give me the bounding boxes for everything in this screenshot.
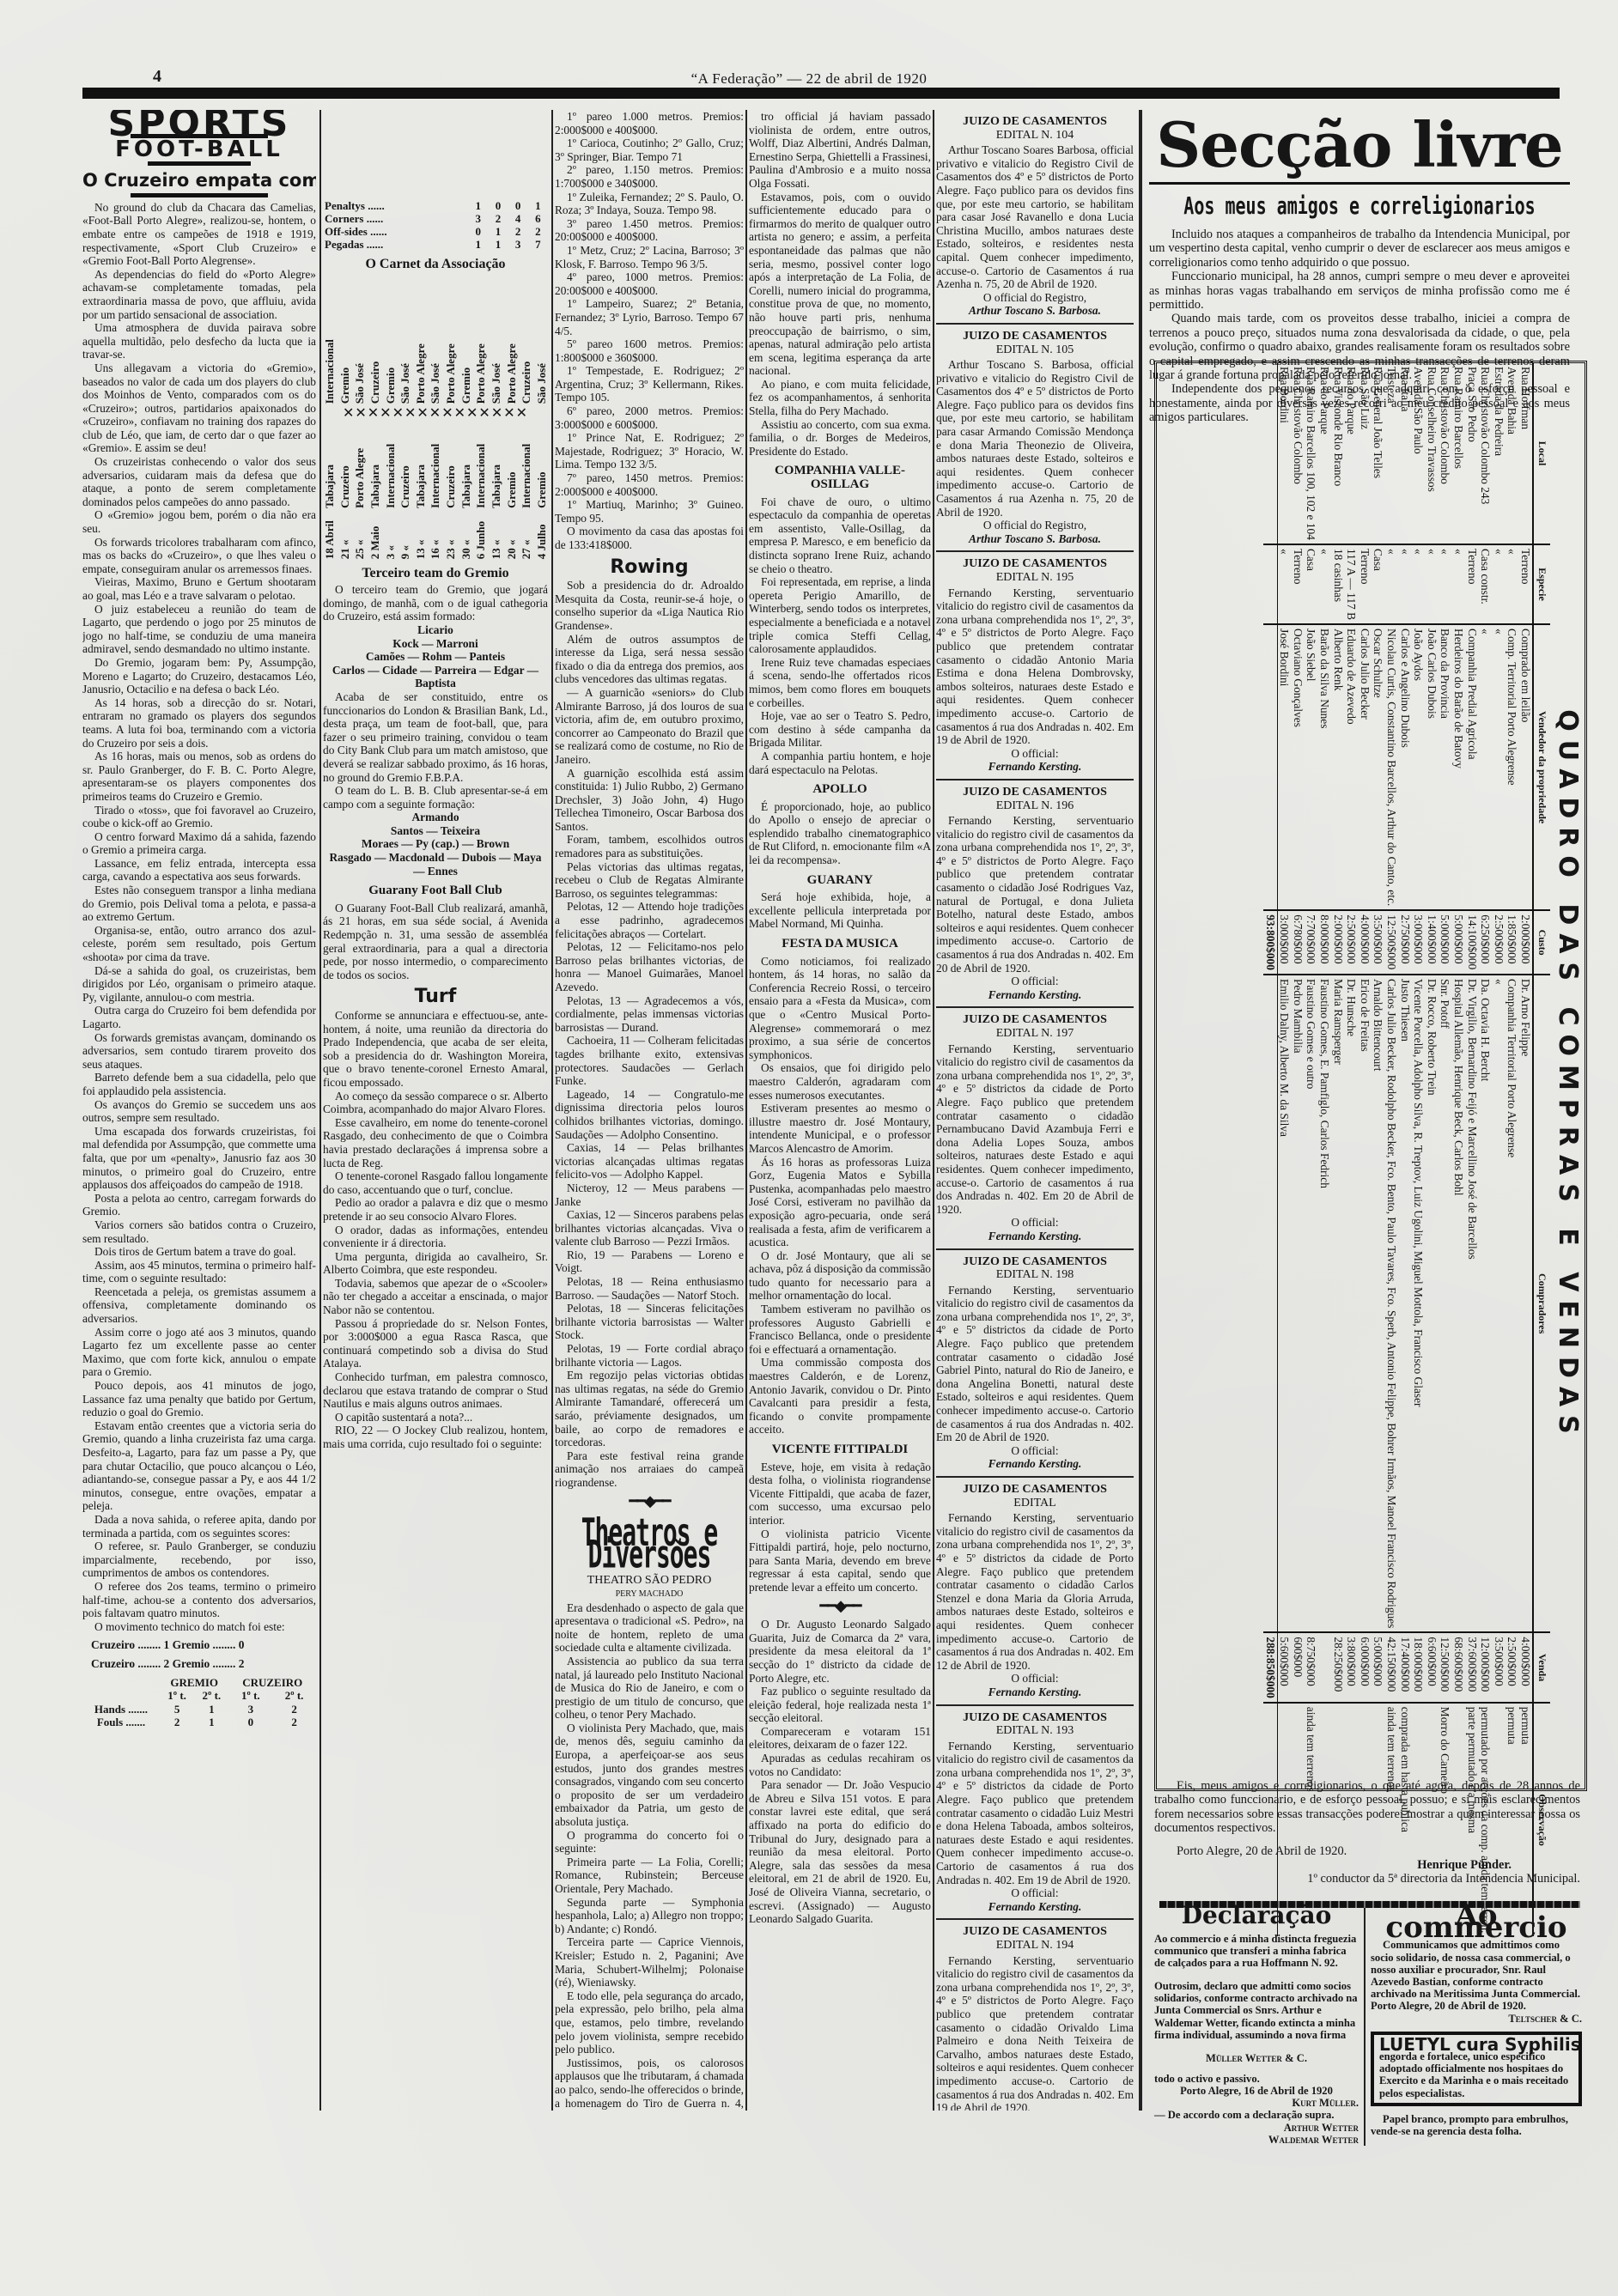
quadro-title: QUADRO DAS COMPRAS E VENDAS — [1550, 363, 1585, 1789]
guarany-title: Guarany Foot Ball Club — [323, 884, 548, 898]
paragraph: O violinista Pery Machado, que, mais de,… — [555, 1722, 744, 1829]
total-cell: 93:800$000 — [1263, 910, 1277, 975]
quadro-cell: 2:500$000 — [1492, 910, 1505, 975]
paragraph: Assim corre o jogo até aos 3 minutos, qu… — [82, 1326, 316, 1379]
notice-signature: Fernando Kersting. — [936, 988, 1134, 1002]
period-label: 1º t. — [160, 1689, 194, 1703]
quadro-cell: 37:600$000 — [1465, 1632, 1479, 1702]
paragraph: Para este festival reina grande animação… — [555, 1449, 744, 1490]
quadro-cell: 3:500$000 — [1492, 1632, 1505, 1702]
quadro-cell: 3:800$000 — [1345, 1632, 1359, 1702]
edital-number: EDITAL N. 194 — [936, 1939, 1134, 1953]
match-report: No ground do club da Chacara das Camelia… — [82, 201, 316, 603]
quadro-cell: Da. Octavia H. Bercht — [1479, 975, 1493, 1632]
paragraph: O tenente-coronel Rasgado fallou longame… — [323, 1169, 548, 1196]
paragraph: Foi chave de ouro, o ultimo espectaculo … — [749, 495, 931, 576]
carnet-fixtures: InternacionalGremioSão JoséCruzeiroGremi… — [323, 276, 548, 560]
quadro-cell: « — [1492, 975, 1505, 1632]
quadro-cell: « — [1318, 544, 1332, 624]
paragraph: O violinista patricio Vicente Fittipaldi… — [749, 1528, 931, 1594]
quadro-total-row: 93:800$000288:850$000 — [1263, 363, 1277, 1936]
total-cell: 288:850$000 — [1263, 1632, 1277, 1702]
paragraph: Estiveram presentes ao mesmo o illustre … — [749, 1102, 931, 1155]
paragraph: Lassance, em feliz entrada, intercepta e… — [82, 857, 316, 884]
apollo-text: É proporcionado, hoje, ao publico do Apo… — [749, 800, 931, 867]
paragraph: Ao piano, e com muita felicidade, fez os… — [749, 378, 931, 418]
paragraph: As dependencias do field do «Porto Alegr… — [82, 268, 316, 321]
technical-row: Fouls .......2102 — [82, 1716, 316, 1729]
ornament: ━━◆━━ — [555, 1495, 744, 1509]
festa-title: FESTA DA MUSICA — [749, 938, 931, 951]
marriage-notice: JUIZO DE CASAMENTOSEDITAL N. 194Fernando… — [936, 1925, 1134, 2111]
quadro-cell: Octaviano Gonçalves — [1291, 624, 1305, 910]
paragraph: Uns allegavam a victoria do «Gremio», ba… — [82, 361, 316, 455]
divider — [936, 323, 1134, 325]
paragraph: Todavia, sabemos que apezar de o «Scoole… — [323, 1277, 548, 1317]
stats-row: Off-sides ......0122 — [323, 225, 548, 238]
quadro-cell: Alberto Renk — [1331, 624, 1345, 910]
quadro-cell: Terreno — [1291, 544, 1305, 624]
valle-title: COMPANHIA VALLE-OSILLAG — [749, 465, 931, 491]
quadro-cell: Nicolau Curtis, Constantino Barcellos, A… — [1384, 624, 1398, 910]
quadro-row: Rua Ramiro Barcellos 100, 102 e 104CasaJ… — [1305, 363, 1318, 1936]
paragraph: O movimento technico do match foi este: — [82, 1620, 316, 1634]
ao-commercio-text: Communicamos que admittimos como socio s… — [1371, 1939, 1582, 2000]
period-label: 2º t. — [194, 1689, 228, 1703]
quadro-row: Rua Conselheiro Travassos«João Carlos Du… — [1425, 363, 1439, 1936]
paragraph: Varios corners são batidos contra o Cruz… — [82, 1218, 316, 1245]
quadro-cell: Rua Christovão Colombo — [1439, 363, 1452, 544]
notice-title: JUIZO DE CASAMENTOS — [936, 557, 1134, 571]
column-header: Custo — [1533, 910, 1550, 975]
quadro-cell: Rua Conselheiro Travassos — [1425, 363, 1439, 544]
marriage-notice: JUIZO DE CASAMENTOSEDITAL N. 195Fernando… — [936, 557, 1134, 781]
apollo-title: APOLLO — [749, 783, 931, 797]
quadro-cell: « — [1439, 544, 1452, 624]
terceiro-team-title: Terceiro team do Gremio — [323, 567, 548, 580]
quadro-cell: 18 casinhas — [1331, 544, 1345, 624]
quadro-cell: Avenida São Paulo — [1412, 363, 1426, 544]
notice-signature: Fernando Kersting. — [936, 1230, 1134, 1243]
signer-arthur: Arthur Wetter — [1154, 2122, 1359, 2134]
notice-text: Fernando Kersting, serventuario vitalici… — [936, 586, 1134, 747]
quadro-cell: « — [1479, 624, 1493, 910]
paragraph: Posta a pelota ao centro, carregam forwa… — [82, 1192, 316, 1218]
bank-team-text: Acaba de ser constituido, entre os funcc… — [323, 690, 548, 811]
guarany-text: O Guarany Foot-Ball Club realizará, aman… — [323, 902, 548, 982]
quadro-cell: 5:000$000 — [1451, 910, 1465, 975]
paragraph: O Dr. Augusto Leonardo Salgado Guarita, … — [749, 1618, 931, 1685]
race-entry: O movimento da casa das apostas foi de 1… — [555, 525, 744, 551]
paragraph: Uma atmosphera de duvida pairava sobre a… — [82, 321, 316, 361]
quadro-cell: Carlos Julio Becker — [1358, 624, 1372, 910]
quadro-cell: 2:500$000 — [1505, 1632, 1519, 1702]
divider — [936, 1006, 1134, 1008]
edital-number: EDITAL N. 105 — [936, 343, 1134, 357]
rowing-text: Sob a presidencia do dr. Adroaldo Mesqui… — [555, 579, 744, 1489]
declaracao-title: Declaração — [1154, 1910, 1359, 1922]
marriage-notice: JUIZO DE CASAMENTOSEDITALFernando Kersti… — [936, 1483, 1134, 1706]
quadro-cell: 2:000$000 — [1518, 910, 1533, 975]
quadro-cell: « — [1451, 544, 1465, 624]
quadro-cell: Rua Hoffman — [1518, 363, 1533, 544]
stats-label: Off-sides ...... — [323, 225, 468, 238]
notice-signature: Fernando Kersting. — [936, 1900, 1134, 1914]
technical-row: Hands .......5132 — [82, 1703, 316, 1716]
notice-text: Fernando Kersting, serventuario vitalici… — [936, 1042, 1134, 1217]
quadro-cell: Eduardo de Azevedo — [1345, 624, 1359, 910]
paragraph: Funccionario municipal, ha 28 annos, cum… — [1149, 270, 1570, 312]
quadro-row: Rua do Parque«Barão da Silva Nunes8:000$… — [1318, 363, 1332, 1936]
quadro-row: Tristeza«Nicolau Curtis, Constantino Bar… — [1384, 363, 1398, 1936]
divider — [131, 193, 268, 197]
sports-column-1: SPORTS FOOT-BALL O Cruzeiro empata com o… — [82, 110, 316, 2111]
paragraph: Barreto defende bem a sua cidadella, pel… — [82, 1071, 316, 1097]
quadro-row: Rua do Parque117 A — 117 BEduardo de Aze… — [1345, 363, 1359, 1936]
quadro-cell: 2:750$000 — [1398, 910, 1412, 975]
paragraph: Os ensaios, que foi dirigido pelo maestr… — [749, 1061, 931, 1102]
paragraph: Passou á propriedade do sr. Nelson Fonte… — [323, 1317, 548, 1370]
carnet-title: O Carnet da Associação — [323, 258, 548, 271]
match-report-continued: O juiz estabeleceu a reunião do team de … — [82, 603, 316, 1634]
period-label: 2º t. — [272, 1689, 316, 1703]
signature: Henrique Pünder. — [1154, 1858, 1580, 1872]
quadro-cell: Rua Christovão Colombo — [1291, 363, 1305, 544]
paragraph: O capitão sustentará a nota?... — [323, 1411, 548, 1424]
notice-text: Arthur Toscano Soares Barbosa, official … — [936, 143, 1134, 291]
sign-label: O official do Registro, — [936, 291, 1134, 305]
paragraph: A companhia partiu hontem, e hoje dará e… — [749, 750, 931, 776]
ao-commercio-title: Ao commercio — [1371, 1910, 1582, 1934]
stats-label: Corners ...... — [323, 212, 468, 225]
race-entry: 5º pareo 1600 metros. Premios: 1:800$000… — [555, 337, 744, 364]
quadro-cell: Barão da Silva Nunes — [1318, 624, 1332, 910]
paragraph: Outrosim, declaro que admitti como socio… — [1154, 1980, 1359, 2041]
paragraph: Pelotas, 12 — Attendo hoje tradições a e… — [555, 900, 744, 940]
quadro-compras-vendas: QUADRO DAS COMPRAS E VENDAS LocalEspecie… — [1154, 361, 1587, 1791]
theatre-text: Era desdenhado o aspecto de gala que apr… — [555, 1601, 744, 2111]
festa-text: Como noticiamos, foi realizado hontem, á… — [749, 955, 931, 1437]
valle-text: Foi chave de ouro, o ultimo espectaculo … — [749, 495, 931, 776]
paragraph: Os forwards gremistas avançam, dominando… — [82, 1031, 316, 1072]
quadro-cell: Dr. Arno Felippe — [1518, 975, 1533, 1632]
stats-value: 1 — [468, 238, 488, 251]
paragraph: No ground do club da Chacara das Camelia… — [82, 201, 316, 268]
column-header: Local — [1533, 363, 1550, 544]
fixture-cell: 13 « — [414, 508, 427, 559]
paragraph: Faz publico o seguinte resultado da elei… — [749, 1685, 931, 1725]
fixture-cell: Cruzeiro — [520, 276, 532, 404]
quadro-row: Praça São PedroTerrenoCompanhia Predial … — [1465, 363, 1479, 1936]
fixture-cell: Internacional — [384, 423, 397, 508]
stats-value: 4 — [508, 212, 528, 225]
fixture-cell: Internacional — [474, 423, 487, 508]
quadro-cell: 1:850$000 — [1505, 910, 1519, 975]
fixture-cell: Porto Alegre — [474, 276, 487, 404]
notice-title: JUIZO DE CASAMENTOS — [936, 1013, 1134, 1027]
declaracao-date: Porto Alegre, 16 de Abril de 1920 — [1154, 2085, 1359, 2097]
turf-text: Conforme se annunciara e effectuou-se, a… — [323, 1009, 548, 1424]
fixture-cell: São José — [535, 276, 548, 404]
quadro-cell: Arnaldo Bittencourt — [1372, 975, 1385, 1632]
fixture-cell: Internacional — [429, 423, 441, 508]
seccao-livre-title: Secção livre — [1149, 110, 1570, 180]
firm-name: Müller Wetter & C. — [1154, 2052, 1359, 2064]
quadro-cell: 42:150$000 — [1384, 1632, 1398, 1702]
paragraph: Lageado, 14 — Congratulo-me dignissima d… — [555, 1088, 744, 1141]
quadro-cell: 18:000$000 — [1412, 1632, 1426, 1702]
fixture-cell: 25 « — [353, 508, 366, 559]
quadro-cell: 3:000$000 — [1277, 910, 1291, 975]
total-cell — [1263, 544, 1277, 624]
paragraph: Caxias, 14 — Pelas brilhantes victorias … — [555, 1141, 744, 1181]
turf-title: Turf — [323, 990, 548, 1004]
quadro-row: Rua Italia«Carlos e Angelino Dubois2:750… — [1398, 363, 1412, 1936]
paragraph: Os cruzeiristas conhecendo o valor dos s… — [82, 455, 316, 508]
paragraph: Os avanços do Gremio se succedem uns aos… — [82, 1098, 316, 1125]
fixture-cell: 30 « — [459, 508, 472, 559]
quadro-cell: Avenida Bahia — [1505, 363, 1519, 544]
quadro-cell: Emilio Dalny, Alberto M. da Silva — [1277, 975, 1291, 1632]
seccao-livre-closing: Eis, meus amigos e correligionarios, o q… — [1154, 1779, 1580, 1886]
stats-label: Penaltys ...... — [323, 199, 468, 212]
fixture-cell: Tabajara — [323, 423, 336, 508]
quadro-cell: 6:780$000 — [1291, 910, 1305, 975]
marriage-notice: JUIZO DE CASAMENTOSEDITAL N. 198Fernando… — [936, 1255, 1134, 1479]
paragraph: Pelotas, 19 — Forte cordial abraço brilh… — [555, 1342, 744, 1369]
quadro-cell: 8:000$000 — [1318, 910, 1332, 975]
quadro-cell: 14:100$000 — [1465, 910, 1479, 975]
notice-signature: Arthur Toscano S. Barbosa. — [936, 532, 1134, 546]
marriage-notices-column: JUIZO DE CASAMENTOSEDITAL N. 104Arthur T… — [936, 110, 1134, 2111]
fixture-cell: Internacional — [323, 276, 336, 404]
paragraph: Além de outros assumptos de interesse da… — [555, 633, 744, 686]
fixture-cell: Cruzeiro — [398, 423, 411, 508]
fixture-cell: Internacional — [520, 423, 532, 508]
stats-value: 3 — [468, 212, 488, 225]
paragraph: O dr. José Montaury, que ali se achava, … — [749, 1249, 931, 1303]
paragraph: Conforme se annunciara e effectuou-se, a… — [323, 1009, 548, 1090]
paragraph: tro official já haviam passado violinist… — [749, 110, 931, 191]
notice-text: Fernando Kersting, serventuario vitalici… — [936, 1740, 1134, 1887]
quadro-row: Rua Visconde Rio Branco18 casinhasAlbert… — [1331, 363, 1345, 1936]
gremio-lineup: LicarioKock — MarroniCamões — Rohm — Pan… — [323, 623, 548, 690]
notice-text: Fernando Kersting, serventuario vitalici… — [936, 1511, 1134, 1672]
fixture-cell: Porto Alegre — [444, 276, 457, 404]
fixture-cell: 3 « — [384, 508, 397, 559]
quadro-cell: Casa — [1372, 544, 1385, 624]
paragraph: Esse cavalheiro, em nome do tenente-coro… — [323, 1116, 548, 1169]
top-rule — [82, 88, 1560, 99]
notice-title: JUIZO DE CASAMENTOS — [936, 1925, 1134, 1939]
paragraph: Pelotas, 18 — Sinceras felicitações bril… — [555, 1302, 744, 1342]
arts-column: tro official já haviam passado violinist… — [749, 110, 931, 2111]
notice-signature: Fernando Kersting. — [936, 1457, 1134, 1471]
paragraph: Rio, 19 — Parabens — Loreno e Voigt. — [555, 1248, 744, 1275]
fixture-cell: 27 « — [520, 508, 532, 559]
quadro-cell: « — [1398, 544, 1412, 624]
paragraph: Primeira parte — La Folia, Corelli; Roma… — [555, 1856, 744, 1896]
paragraph: Vieiras, Maximo, Bruno e Gertum shootara… — [82, 575, 316, 602]
paragraph: Esteve, hoje, em visita à redação desta … — [749, 1461, 931, 1528]
paragraph: Compareceram e votaram 151 eleitores, de… — [749, 1725, 931, 1752]
quadro-cell: Rua Ramiro Barcellos 100, 102 e 104 — [1305, 363, 1318, 544]
quadro-cell: Faustino Gomes e outro — [1305, 975, 1318, 1632]
divider — [936, 1248, 1134, 1250]
quadro-cell: Carlos Julio Becker, Rodolpho Becker, Fc… — [1384, 975, 1398, 1632]
paragraph: E todo elle, pela segurança do arcado, p… — [555, 1989, 744, 2056]
divider — [1149, 182, 1570, 185]
total-cell — [1263, 624, 1277, 910]
marriage-notice: JUIZO DE CASAMENTOSEDITAL N. 104Arthur T… — [936, 115, 1134, 325]
paragraph: Do Gremio, jogaram bem: Py, Assumpção, M… — [82, 656, 316, 696]
technical-table: GREMIOCRUZEIRO 1º t.2º t.1º t.2º t. Hand… — [82, 1676, 316, 1729]
stats-value: 2 — [508, 225, 528, 238]
ao-commercio-ad: Ao commercio Communicamos que admittimos… — [1366, 1908, 1582, 2146]
column-rule — [1139, 110, 1142, 2111]
edital-number: EDITAL N. 195 — [936, 571, 1134, 585]
paragraph: Estavamos, pois, com o ouvido sufficient… — [749, 191, 931, 378]
election-notice: O Dr. Augusto Leonardo Salgado Guarita, … — [749, 1618, 931, 1926]
stats-value: 1 — [468, 199, 488, 212]
fixture-cell: Tabajara — [490, 423, 502, 508]
paragraph: O referee dos 2os teams, termino o prime… — [82, 1580, 316, 1620]
fixture-cell: Tabajara — [459, 423, 472, 508]
bank-lineup: ArmandoSantos — TeixeiraMoraes — Py (cap… — [323, 811, 548, 878]
fixture-cell: Gremio — [384, 276, 397, 404]
quadro-cell: 600$000 — [1291, 1632, 1305, 1702]
fixture-cell: Tabajara — [368, 423, 381, 508]
divider — [936, 550, 1134, 552]
column-rule — [319, 110, 321, 2111]
newspaper-page: 4 “A Federação” — 22 de abril de 1920 SP… — [0, 0, 1618, 2296]
stats-value: 7 — [528, 238, 548, 251]
notice-title: JUIZO DE CASAMENTOS — [936, 1711, 1134, 1725]
paragraph: Cachoeira, 11 — Colheram felicitadas tag… — [555, 1034, 744, 1087]
quadro-row: Avenida São Paulo«João Aydos3:000$000Vic… — [1412, 363, 1426, 1936]
quadro-cell: Rua Visconde Rio Branco — [1331, 363, 1345, 544]
paragraph: Apuradas as cedulas recahiram os votos n… — [749, 1752, 931, 1778]
race-entry: 1º Lampeiro, Suarez; 2º Betania, Fernand… — [555, 297, 744, 337]
quadro-row: Rua Christovão Colombo 243Casa constr.«6… — [1479, 363, 1493, 1936]
technical-value: 1 — [194, 1703, 228, 1716]
paragraph: Organisa-se, então, outro arranco dos az… — [82, 924, 316, 964]
fixture-cell: 9 « — [398, 508, 411, 559]
race-entry: 2º pareo, 1.150 metros. Premios: 1:700$0… — [555, 163, 744, 190]
notice-title: JUIZO DE CASAMENTOS — [936, 1483, 1134, 1497]
quadro-cell: José Bordini — [1277, 624, 1291, 910]
paragraph: Uma pergunta, dirigida ao cavalheiro, Sr… — [323, 1250, 548, 1277]
quadro-cell: Casa constr. — [1479, 544, 1493, 624]
quadro-cell: 6:000$000 — [1358, 1632, 1372, 1702]
paragraph: Reencetada a peleja, os gremistas assume… — [82, 1285, 316, 1326]
paragraph: Uma escapada dos forwards cruzeiristas, … — [82, 1125, 316, 1192]
quadro-cell: Carlos e Angelino Dubois — [1398, 624, 1412, 910]
fixture-cell: Gremio — [505, 423, 518, 508]
lineup-line: Moraes — Py (cap.) — Brown — [323, 837, 548, 851]
quadro-cell: Companhia Predial Agricola — [1465, 624, 1479, 910]
ornament: ━━◆━━ — [749, 1600, 931, 1613]
race-entry: 3º pareo 1.450 metros. Premios: 20:00$00… — [555, 217, 744, 244]
notice-text: Fernando Kersting, serventuario vitalici… — [936, 1284, 1134, 1444]
paragraph: O juiz estabeleceu a reunião do team de … — [82, 603, 316, 656]
notice-title: JUIZO DE CASAMENTOS — [936, 330, 1134, 343]
quadro-cell: Praça São Pedro — [1465, 363, 1479, 544]
stats-value: 2 — [488, 212, 508, 225]
divider — [936, 1476, 1134, 1478]
guarany-cinema-text: Será hoje exhibida, hoje, a excellente p… — [749, 890, 931, 931]
technical-value: 2 — [160, 1716, 194, 1729]
paragraph: Em regozijo pelas victorias obtidas nas … — [555, 1369, 744, 1449]
place-date: Porto Alegre, 20 de Abril de 1920. — [1154, 1844, 1580, 1858]
lineup-line: Rasgado — Macdonald — Dubois — Maya — En… — [323, 851, 548, 878]
paragraph: Para senador — Dr. João Vespucio de Abre… — [749, 1778, 931, 1926]
total-cell — [1263, 975, 1277, 1632]
fixture-cell: São José — [429, 276, 441, 404]
vicente-title: VICENTE FITTIPALDI — [749, 1443, 931, 1457]
paragraph: Conhecido turfman, em palestra comnosco,… — [323, 1370, 548, 1411]
fixture-cell: Gremio — [459, 276, 472, 404]
divider — [936, 1918, 1134, 1920]
paragraph: Irene Ruiz teve chamadas especiaes á sce… — [749, 656, 931, 709]
quadro-cell: Tristeza — [1384, 363, 1398, 544]
quadro-cell: 8:750$000 — [1305, 1632, 1318, 1702]
column-rule — [551, 110, 553, 2111]
match-headline: O Cruzeiro empata com o Gremio por 2 a 2 — [82, 174, 316, 188]
quadro-cell: Dr. Rocco, Roberto Trein — [1425, 975, 1439, 1632]
stats-label: Pegadas ...... — [323, 238, 468, 251]
quadro-cell: 2:500$000 — [1345, 910, 1359, 975]
declaracao-ad: Declaração Ao commercio e á minha distin… — [1154, 1908, 1366, 2146]
terceiro-team-intro: O terceiro team do Gremio, que jogará do… — [323, 583, 548, 623]
race-entry: 1º Zuleika, Fernandez; 2º S. Paulo, O. R… — [555, 191, 744, 217]
quadro-cell: Comprado em leilão — [1518, 624, 1533, 910]
sign-label: O official: — [936, 975, 1134, 988]
notice-text: Fernando Kersting, serventuario vitalici… — [936, 1954, 1134, 2111]
luetyl-ad: LUETYL cura Syphilis engorda e fortalece… — [1371, 2032, 1582, 2106]
running-head: “A Federação” — 22 de abril de 1920 — [0, 70, 1618, 88]
race-results: 1º pareo 1.000 metros. Premios: 2:000$00… — [555, 110, 744, 552]
paragraph: Tirado o «toss», que foi favoravel ao Cr… — [82, 804, 316, 830]
quadro-row: Rua São LuizTerrenoCarlos Julio Becker4:… — [1358, 363, 1372, 1936]
paragraph: Incluido nos ataques a companheiros de t… — [1149, 228, 1570, 270]
luetyl-title: LUETYL cura Syphilis — [1379, 2038, 1573, 2050]
quadro-cell: Casa — [1305, 544, 1318, 624]
fixture-cell: Gremio — [535, 423, 548, 508]
quadro-table: LocalEspecieVendedor da propriedadeCusto… — [1263, 363, 1550, 1936]
fixture-cell: 18 Abril — [323, 508, 336, 559]
sign-label: O official: — [936, 747, 1134, 761]
stats-value: 6 — [528, 212, 548, 225]
quadro-cell: 4:000$000 — [1358, 910, 1372, 975]
lineup-line: Kock — Marroni — [323, 637, 548, 651]
divider — [936, 779, 1134, 781]
paragraph: Dá-se a sahida do goal, os cruzeiristas,… — [82, 964, 316, 1005]
quadro-cell: Faustino Gomes, E. Pamfiglo, Carlos Fedr… — [1318, 975, 1332, 1632]
quadro-cell: 3:000$000 — [1412, 910, 1426, 975]
quadro-cell: João Siebel — [1305, 624, 1318, 910]
fixture-cell: Porto Alegre — [414, 276, 427, 404]
quadro-cell: Dr. Hunsche — [1345, 975, 1359, 1632]
quadro-cell: 68:600$000 — [1451, 1632, 1465, 1702]
paragraph: Ao começo da sessão comparece o sr. Albe… — [323, 1090, 548, 1116]
marriage-notice: JUIZO DE CASAMENTOSEDITAL N. 197Fernando… — [936, 1013, 1134, 1249]
football-title: FOOT-BALL — [82, 143, 316, 157]
quadro-cell: Rua General João Telles — [1372, 363, 1385, 544]
half-time-score: Cruzeiro ........ 1 Gremio ........ 0 — [91, 1638, 307, 1652]
quadro-cell: Rua Italia — [1398, 363, 1412, 544]
quadro-cell: Snr. Potoff — [1439, 975, 1452, 1632]
